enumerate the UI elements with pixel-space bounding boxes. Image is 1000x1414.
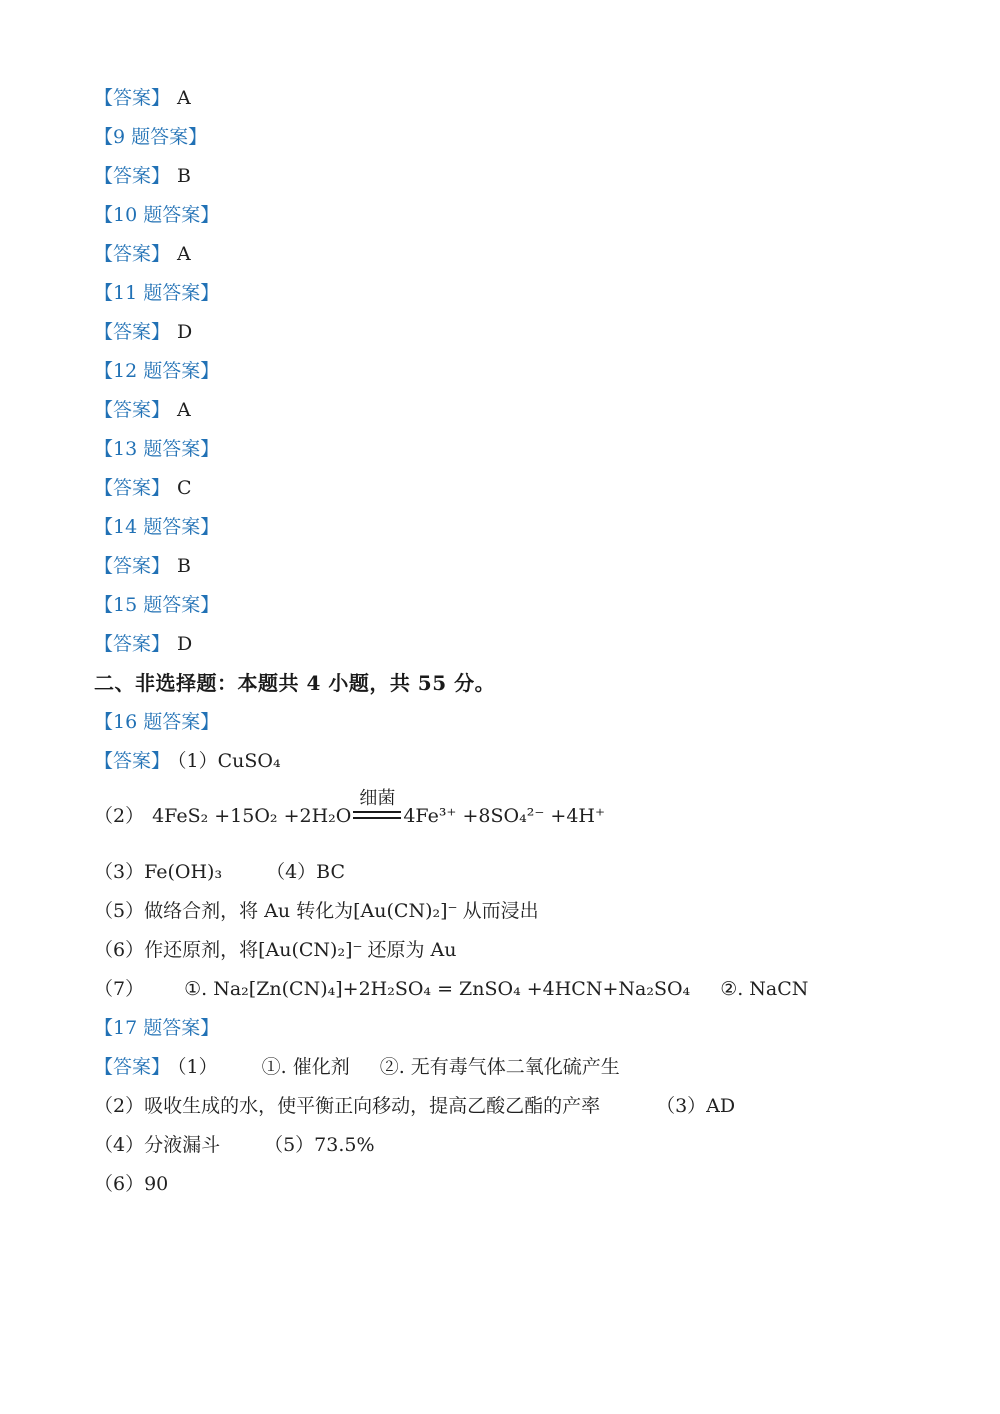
question-header: 【12 题答案】 [94,359,910,383]
answer-line: 【答案】A [94,398,910,422]
answer-label: 【答案】 [94,1056,170,1078]
sub-answer-line: （5）做络合剂，将 Au 转化为[Au(CN)₂]⁻从而浸出 [94,899,910,923]
question-header: 【9 题答案】 [94,125,910,149]
answer-value: B [177,165,191,187]
question-header: 【10 题答案】 [94,203,910,227]
sub-answer-line: （4）分液漏斗（5）73.5% [94,1133,910,1157]
sub-answer-6-text: （6）作还原剂，将 [94,939,258,961]
reaction-condition: 细菌 [359,790,395,808]
answer-line: 【答案】D [94,632,910,656]
sub-answer-prefix: （2） [94,805,144,827]
section-heading: 二、非选择题：本题共 4 小题，共 55 分。 [94,671,910,696]
sub-answer-1-item1: ①. 催化剂 [262,1056,350,1078]
question-header: 【13 题答案】 [94,437,910,461]
answer-label: 【答案】 [94,399,170,421]
question-header-label: 【17 题答案】 [94,1017,219,1039]
question-header-label: 【14 题答案】 [94,516,219,538]
answer-label: 【答案】 [94,243,170,265]
sub-answer-5-tail: 从而浸出 [463,900,539,922]
answer-line: 【答案】C [94,476,910,500]
answer-label: 【答案】 [94,750,170,772]
sub-answer-line: （3）Fe(OH)₃（4）BC [94,860,910,884]
chem-equation: ①. Na₂[Zn(CN)₄]+2H₂SO₄ = ZnSO₄ +4HCN+Na₂… [184,978,690,1000]
sub-answer-line: （6）作还原剂，将[Au(CN)₂]⁻还原为 Au [94,938,910,962]
question-header: 【17 题答案】 [94,1016,910,1040]
answer-value: A [177,87,191,109]
sub-answer-4: （4）BC [266,861,345,883]
sub-answer-3: （3）AD [656,1095,735,1117]
sub-answer-line: （2）吸收生成的水，使平衡正向移动，提高乙酸乙酯的产率（3）AD [94,1094,910,1118]
answer-label: 【答案】 [94,555,170,577]
sub-answer-line: （7）①. Na₂[Zn(CN)₄]+2H₂SO₄ = ZnSO₄ +4HCN+… [94,977,910,1001]
answer-line: 【答案】（1）①. 催化剂②. 无有毒气体二氧化硫产生 [94,1055,910,1079]
sub-answer-6-tail: 还原为 Au [368,939,457,961]
sub-answer-5-text: （5）做络合剂，将 Au 转化为 [94,900,353,922]
answer-line: 【答案】B [94,164,910,188]
question-header-label: 【13 题答案】 [94,438,219,460]
question-header: 【14 题答案】 [94,515,910,539]
answer-label: 【答案】 [94,477,170,499]
question-header: 【15 题答案】 [94,593,910,617]
sub-answer-5: （5）73.5% [264,1134,374,1156]
question-header: 【11 题答案】 [94,281,910,305]
sub-answer-1-item2: ②. 无有毒气体二氧化硫产生 [380,1056,620,1078]
question-header-label: 【16 题答案】 [94,711,219,733]
answer-line: 【答案】B [94,554,910,578]
answer-value: D [177,321,192,343]
equation-rhs: 4Fe³⁺ +8SO₄²⁻ +4H⁺ [403,805,605,827]
sub-answer-6: （6）90 [94,1173,168,1195]
sub-answer-3: （3）Fe(OH)₃ [94,861,222,883]
answer-line: 【答案】A [94,242,910,266]
question-header: 【16 题答案】 [94,710,910,734]
chem-equation-line: （2）4FeS₂ +15O₂ +2H₂O细菌4Fe³⁺ +8SO₄²⁻ +4H⁺ [94,788,910,828]
answer-value: C [177,477,192,499]
answer-line: 【答案】A [94,86,910,110]
equation-lhs: 4FeS₂ +15O₂ +2H₂O [152,805,351,827]
reaction-equals-sign: 细菌 [353,811,401,819]
chem-formula: [Au(CN)₂]⁻ [258,939,362,961]
sub-answer-line: （6）90 [94,1172,910,1196]
sub-answer-4: （4）分液漏斗 [94,1134,220,1156]
question-header-label: 【12 题答案】 [94,360,219,382]
answer-label: 【答案】 [94,165,170,187]
sub-answer-1: （1）CuSO₄ [177,750,281,772]
answer-label: 【答案】 [94,633,170,655]
answer-line: 【答案】（1）CuSO₄ [94,749,910,773]
chem-formula: [Au(CN)₂]⁻ [353,900,457,922]
question-header-label: 【10 题答案】 [94,204,219,226]
answer-label: 【答案】 [94,321,170,343]
answer-value: A [177,399,191,421]
sub-answer-prefix: （7） [94,978,144,1000]
question-header-label: 【15 题答案】 [94,594,219,616]
answer-value: D [177,633,192,655]
sub-answer-7-item2: ②. NaCN [720,978,808,1000]
answer-label: 【答案】 [94,87,170,109]
answer-value: A [177,243,191,265]
answer-value: B [177,555,191,577]
answer-key-content: 【答案】A 【9 题答案】 【答案】B 【10 题答案】 【答案】A 【11 题… [0,0,1000,1196]
question-header-label: 【11 题答案】 [94,282,219,304]
document-page: 【答案】A 【9 题答案】 【答案】B 【10 题答案】 【答案】A 【11 题… [0,0,1000,1414]
sub-answer-2: （2）吸收生成的水，使平衡正向移动，提高乙酸乙酯的产率 [94,1095,600,1117]
question-header-label: 【9 题答案】 [94,126,207,148]
sub-answer-prefix: （1） [177,1056,218,1078]
answer-line: 【答案】D [94,320,910,344]
